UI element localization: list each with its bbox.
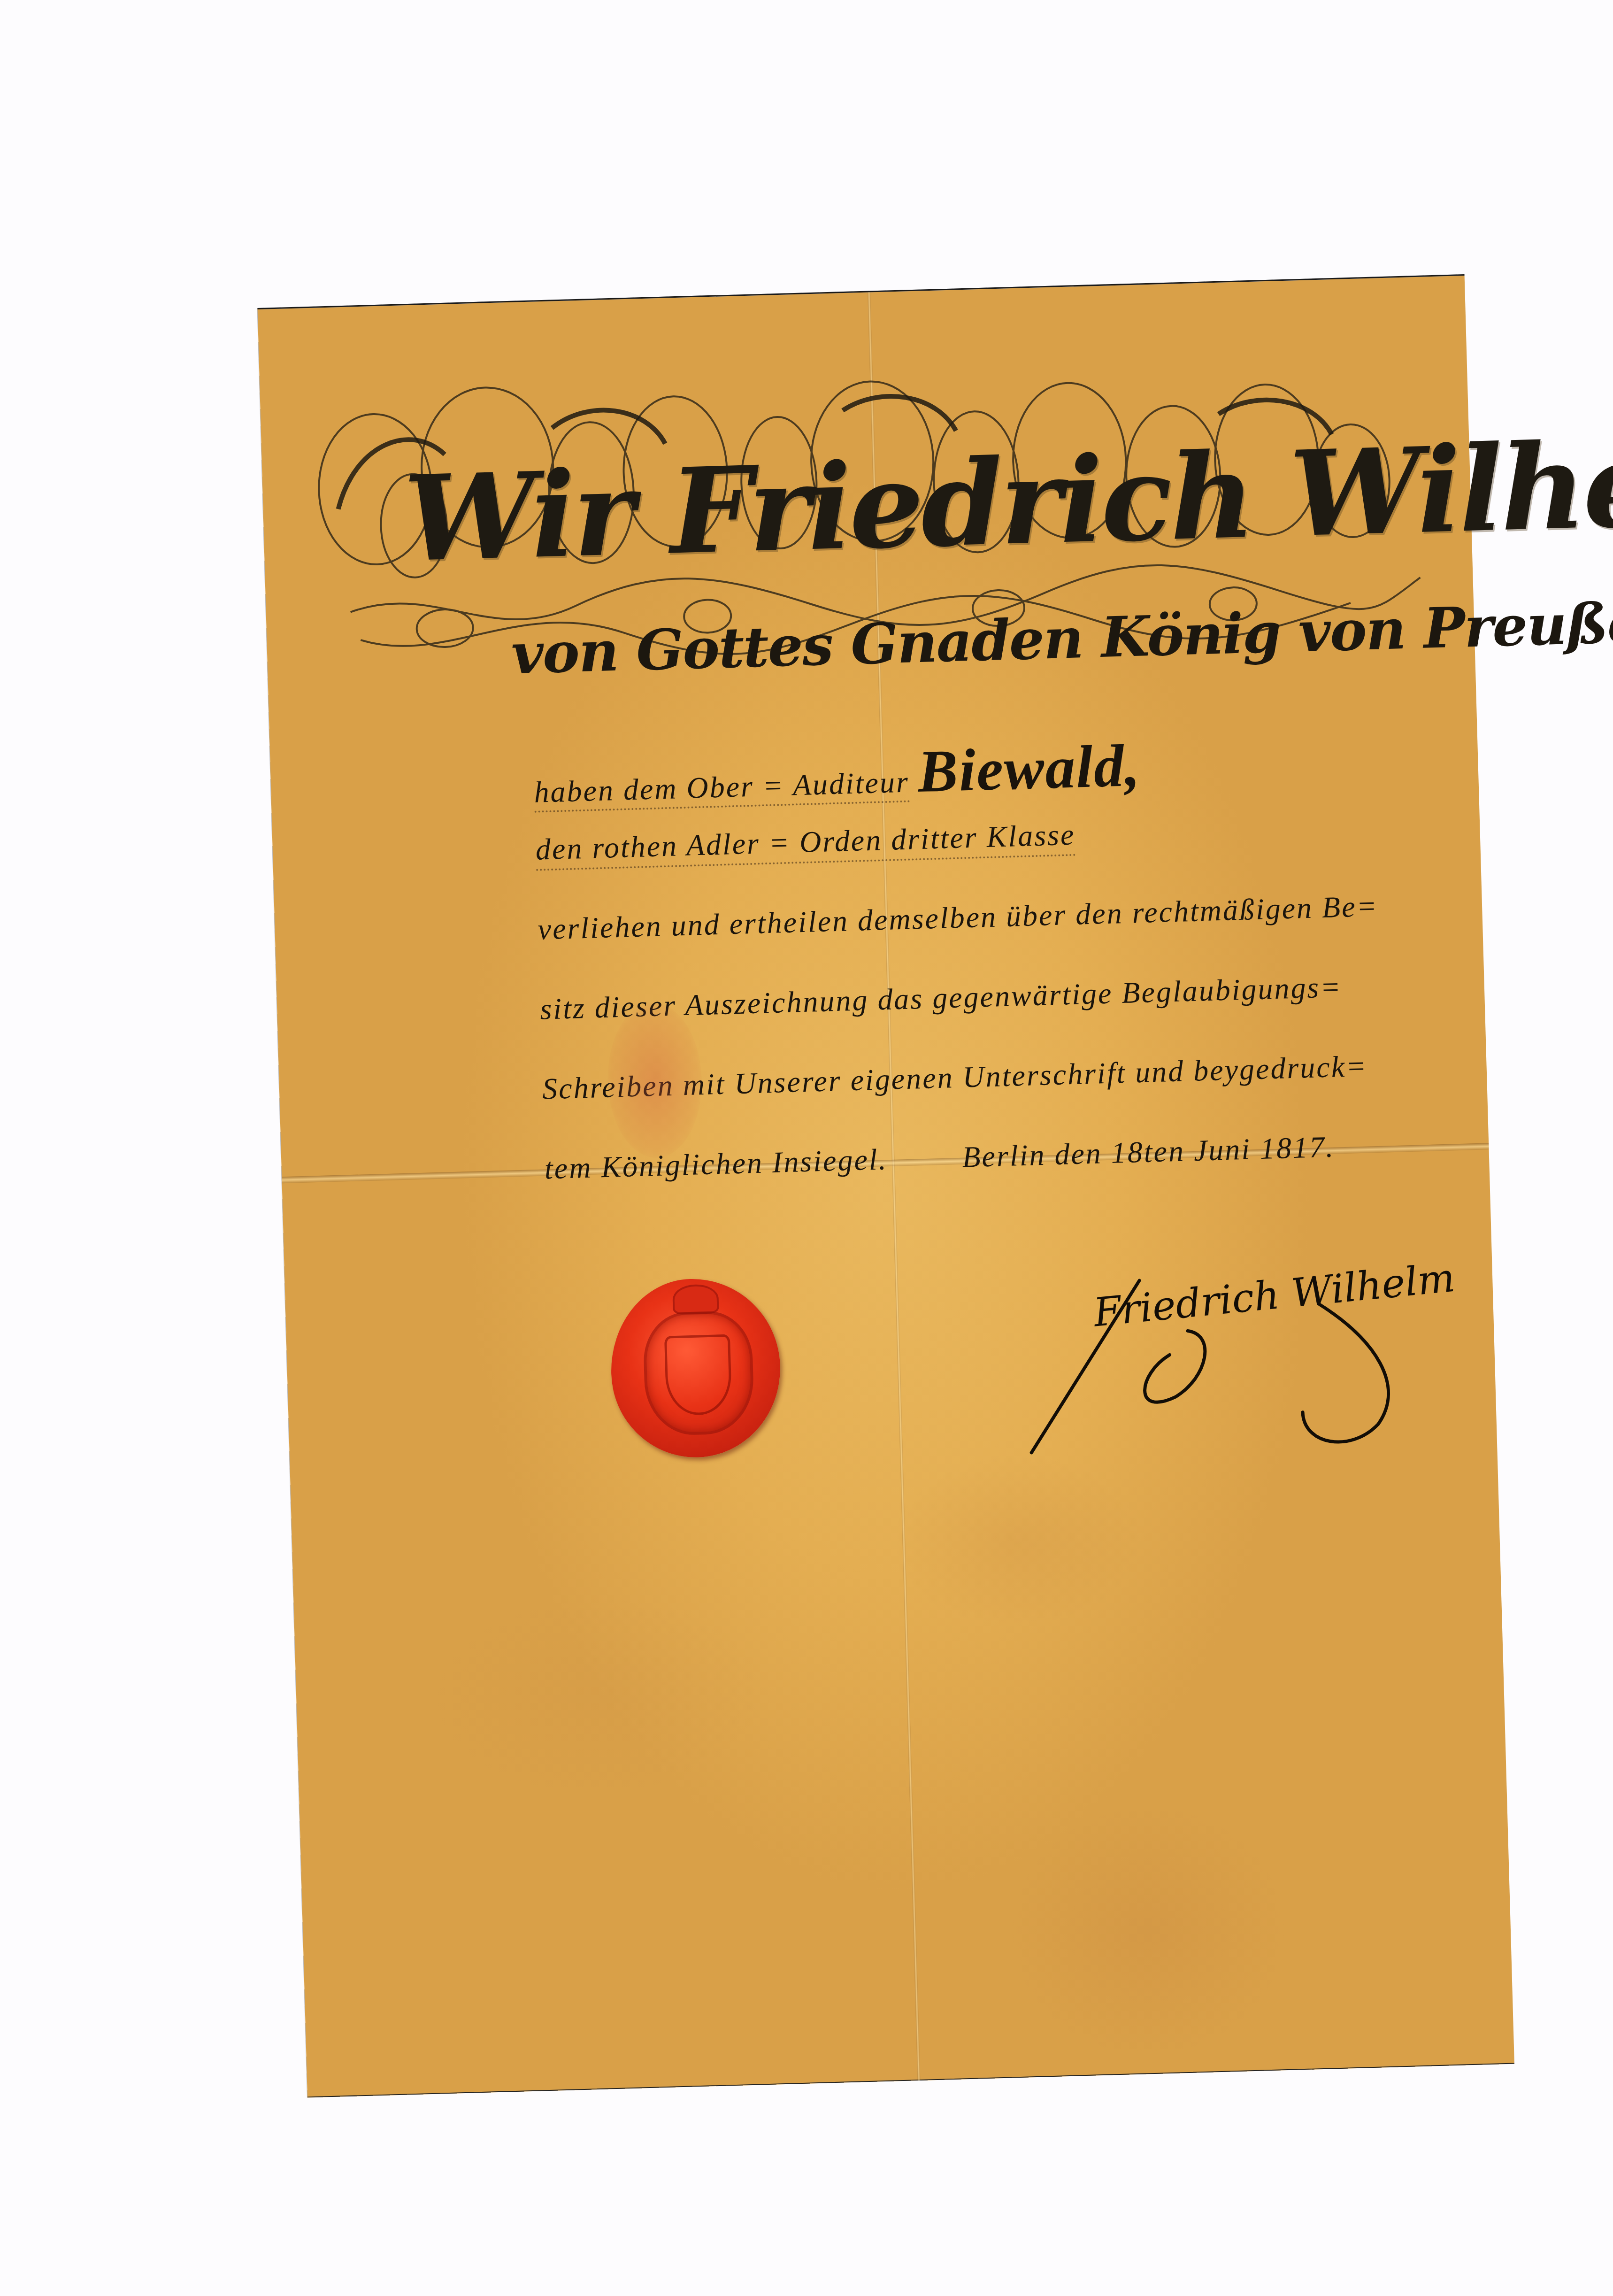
body-line-6-text: tem Königlichen Insiegel. xyxy=(544,1142,888,1185)
recipient-name: Biewald, xyxy=(917,732,1141,805)
wax-seal xyxy=(609,1277,783,1460)
signature-flourish xyxy=(1017,1252,1482,1472)
body-line-1: haben dem Ober = Auditeur Biewald, xyxy=(533,731,1142,817)
seal-crown-icon xyxy=(672,1284,719,1315)
body-line-1-text: haben dem Ober = Auditeur xyxy=(534,765,910,813)
body-line-2: den rothen Adler = Orden dritter Klasse xyxy=(535,817,1076,871)
red-stain xyxy=(606,1002,704,1159)
place-date: Berlin den 18ten Juni 1817. xyxy=(961,1130,1335,1174)
body-line-3: verliehen und ertheilen demselben über d… xyxy=(538,889,1379,947)
document-sheet: Wir Friedrich Wilhelm, von Gottes Gnaden… xyxy=(258,274,1514,2097)
